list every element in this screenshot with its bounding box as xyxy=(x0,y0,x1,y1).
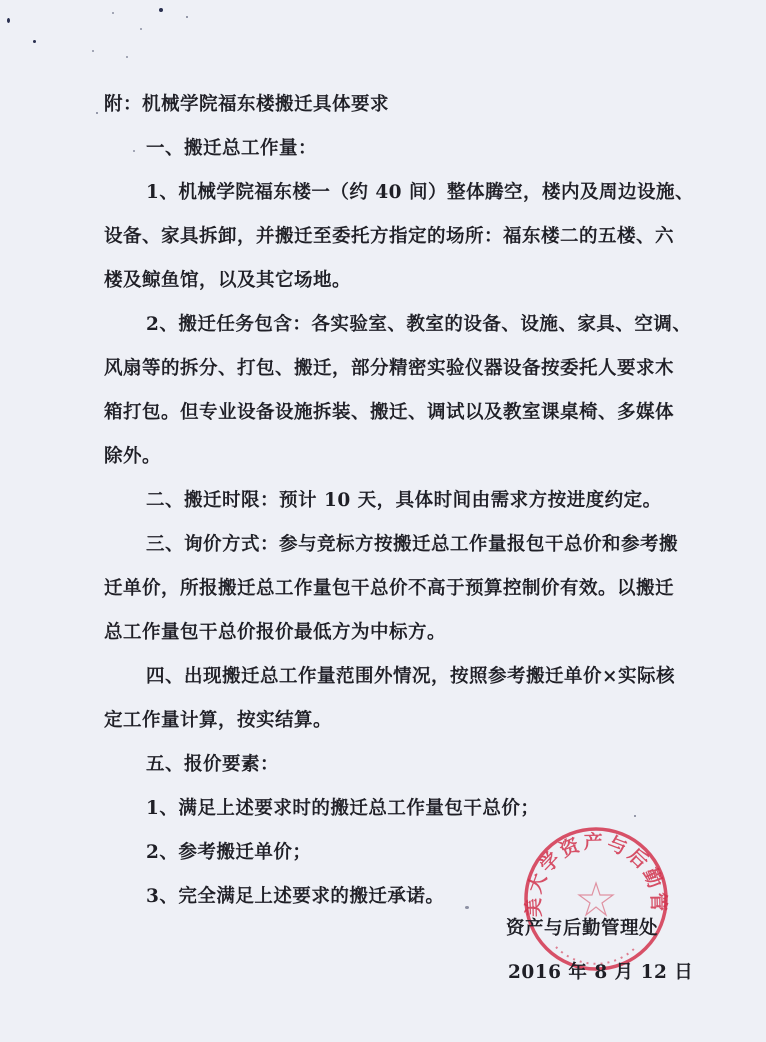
section-1-item-2-line-3: 箱打包。但专业设备设施拆装、搬迁、调试以及教室课桌椅、多媒体 xyxy=(104,398,674,424)
scan-speck xyxy=(33,40,36,43)
signature-date: 2016 年 8 月 12 日 xyxy=(508,958,693,984)
section-3-line-1: 三、询价方式：参与竞标方按搬迁总工作量报包干总价和参考搬 xyxy=(146,530,678,556)
scan-speck xyxy=(126,56,128,58)
document-page: 附：机械学院福东楼搬迁具体要求 一、搬迁总工作量： 1、机械学院福东楼一（约 4… xyxy=(0,0,766,1042)
section-1-item-1-line-3: 楼及鲸鱼馆，以及其它场地。 xyxy=(104,266,351,292)
scan-speck xyxy=(112,12,114,14)
section-5-item-3: 3、完全满足上述要求的搬迁承诺。 xyxy=(146,882,444,908)
scan-speck xyxy=(140,28,142,30)
document-title: 附：机械学院福东楼搬迁具体要求 xyxy=(104,90,389,116)
scan-speck xyxy=(465,906,469,909)
section-5-heading: 五、报价要素： xyxy=(146,750,279,776)
section-4-line-1: 四、出现搬迁总工作量范围外情况，按照参考搬迁单价×实际核 xyxy=(146,662,675,688)
svg-text:美大学资产与后勤管: 美大学资产与后勤管 xyxy=(522,830,670,917)
section-1-item-2-line-4: 除外。 xyxy=(104,442,161,468)
section-3-line-2: 迁单价，所报搬迁总工作量包干总价不高于预算控制价有效。以搬迁 xyxy=(104,574,674,600)
scan-speck xyxy=(634,815,636,817)
section-1-item-1-line-1: 1、机械学院福东楼一（约 40 间）整体腾空，楼内及周边设施、 xyxy=(146,178,694,204)
section-3-line-3: 总工作量包干总价报价最低方为中标方。 xyxy=(104,618,446,644)
section-1-item-1-line-2: 设备、家具拆卸，并搬迁至委托方指定的场所：福东楼二的五楼、六 xyxy=(104,222,674,248)
scan-speck xyxy=(92,50,94,52)
section-1-item-2-line-1: 2、搬迁任务包含：各实验室、教室的设备、设施、家具、空调、 xyxy=(146,310,691,336)
section-2-line: 二、搬迁时限：预计 10 天，具体时间由需求方按进度约定。 xyxy=(146,486,662,512)
scan-speck xyxy=(159,8,163,12)
scan-speck xyxy=(186,16,188,18)
scan-speck xyxy=(133,150,135,152)
scan-speck xyxy=(96,112,98,114)
section-1-item-2-line-2: 风扇等的拆分、打包、搬迁，部分精密实验仪器设备按委托人要求木 xyxy=(104,354,674,380)
section-1-heading: 一、搬迁总工作量： xyxy=(146,134,317,160)
signature-department: 资产与后勤管理处 xyxy=(506,914,658,940)
section-5-item-1: 1、满足上述要求时的搬迁总工作量包干总价； xyxy=(146,794,539,820)
scan-speck xyxy=(7,18,10,23)
section-5-item-2: 2、参考搬迁单价； xyxy=(146,838,311,864)
official-seal-stamp: 美大学资产与后勤管 xyxy=(522,825,670,973)
section-4-line-2: 定工作量计算，按实结算。 xyxy=(104,706,332,732)
